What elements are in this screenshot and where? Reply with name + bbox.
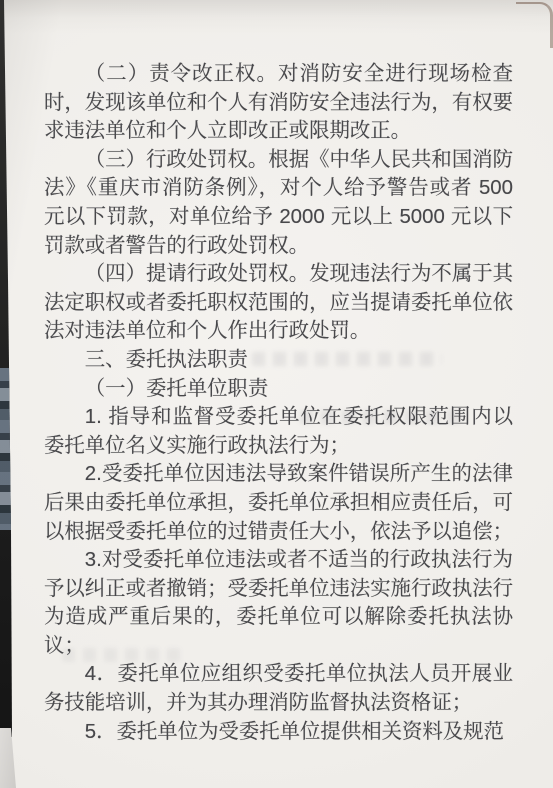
- paragraph-request-penalty-power: （四）提请行政处罚权。发现违法行为不属于其法定职权或者委托职权范围的，应当提请委…: [44, 260, 513, 346]
- list-item-3: 3.对受委托单位违法或者不适当的行政执法行为予以纠正或者撤销；受委托单位违法实施…: [44, 546, 513, 660]
- subsection-heading-entrusting-unit-duties: （一）委托单位职责: [44, 375, 513, 404]
- list-item-4: 4．委托单位应组织受委托单位执法人员开展业务技能培训，并为其办理消防监督执法资格…: [44, 660, 513, 717]
- list-item-2: 2.受委托单位因违法导致案件错误所产生的法律后果由委托单位承担，委托单位承担相应…: [44, 460, 513, 546]
- paragraph-responsibility-order-correction: （二）责令改正权。对消防安全进行现场检查时，发现该单位和个人有消防安全违法行为，…: [44, 60, 513, 146]
- list-item-5: 5．委托单位为受委托单位提供相关资料及规范: [44, 718, 513, 747]
- paragraph-administrative-penalty-power: （三）行政处罚权。根据《中华人民共和国消防法》《重庆市消防条例》，对个人给予警告…: [44, 146, 513, 260]
- list-item-1: 1. 指导和监督受委托单位在委托权限范围内以委托单位名义实施行政执法行为；: [44, 403, 513, 460]
- section-heading-entrusted-enforcement-duties: 三、委托执法职责: [44, 346, 513, 375]
- photo-background: （二）责令改正权。对消防安全进行现场检查时，发现该单位和个人有消防安全违法行为，…: [0, 0, 553, 788]
- document-text-block: （二）责令改正权。对消防安全进行现场检查时，发现该单位和个人有消防安全违法行为，…: [44, 60, 513, 746]
